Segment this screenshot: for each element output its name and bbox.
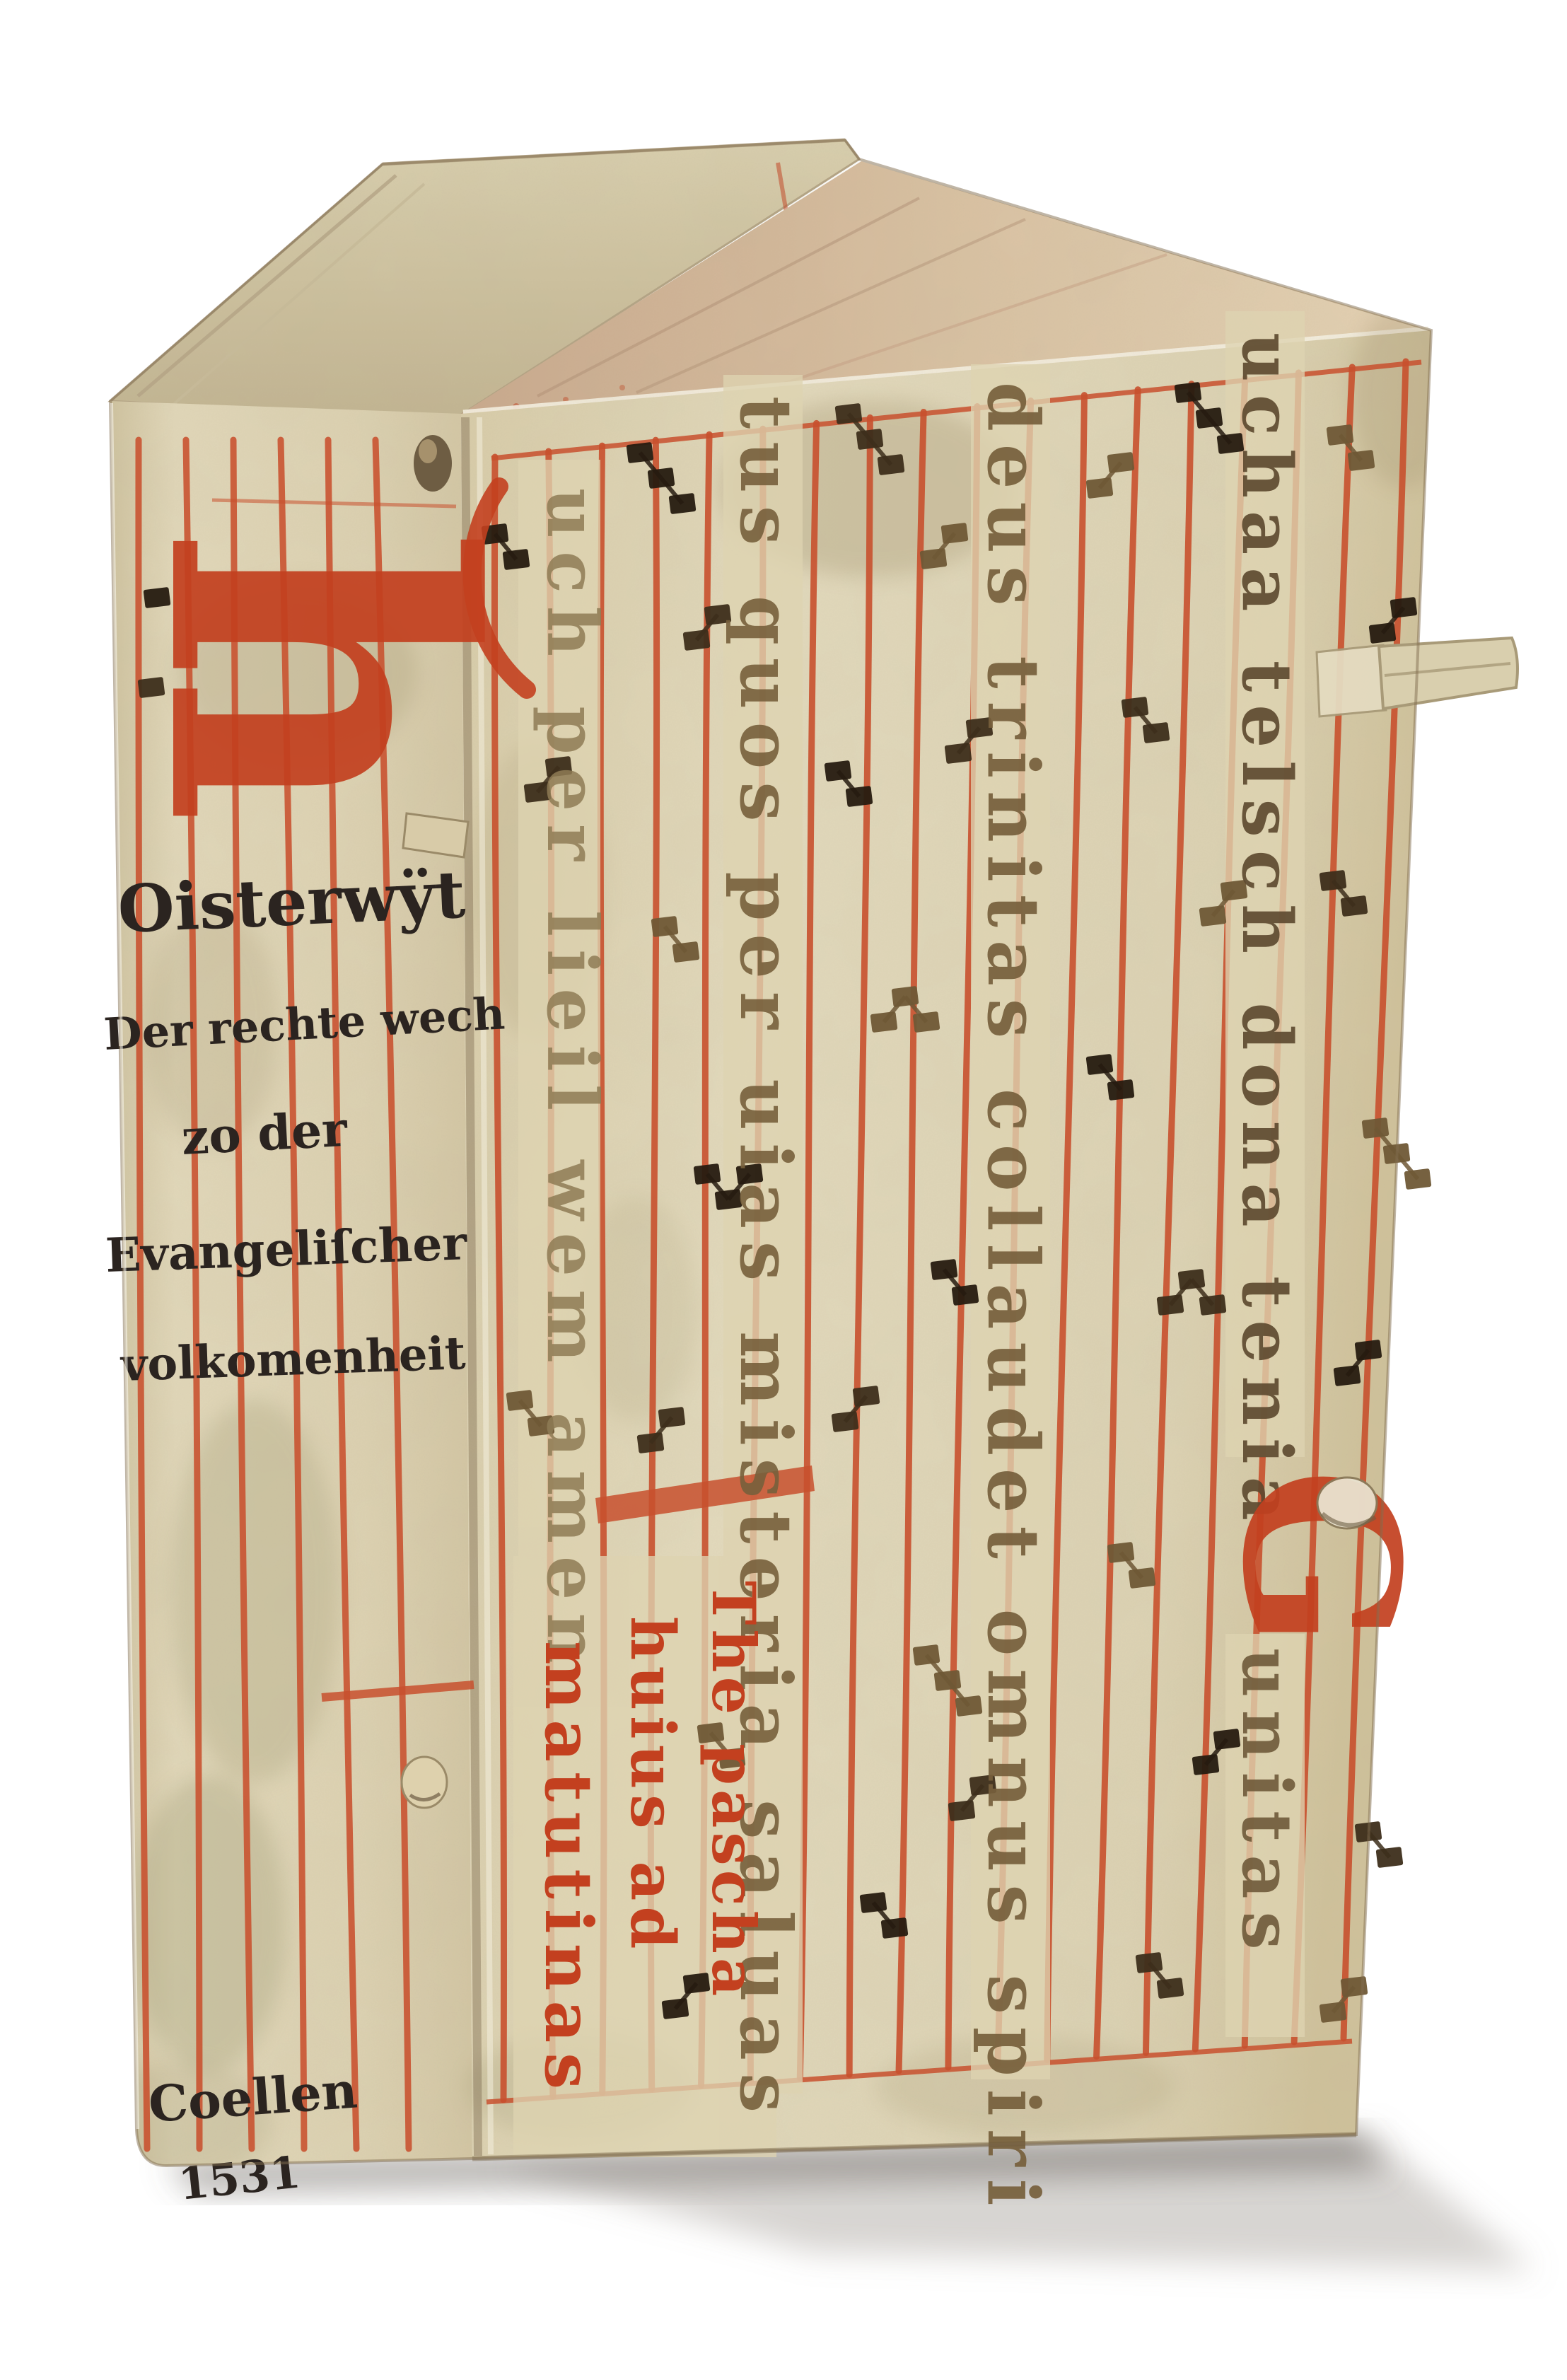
neume-note <box>658 1407 686 1428</box>
neume-note <box>1348 450 1375 471</box>
neume-note <box>941 523 969 544</box>
neume-note <box>1376 1847 1404 1868</box>
neume-note <box>1320 2002 1347 2023</box>
neume-note <box>1178 1269 1206 1290</box>
neume-note <box>931 1259 958 1280</box>
neume-note <box>1107 1079 1135 1101</box>
neume-note <box>1157 1978 1184 1999</box>
neume-note <box>846 786 873 807</box>
neume-note <box>945 743 972 764</box>
rubric-line-2: huius ad <box>617 1616 688 1954</box>
neume-note <box>1086 477 1114 499</box>
neume-note <box>1390 597 1418 618</box>
book-photo: h uch per lieil wem amen tus quos per ui… <box>0 0 1567 2380</box>
neume-note <box>1369 622 1397 644</box>
neume-note <box>1192 1754 1220 1775</box>
vellum-hole <box>1317 1478 1377 1528</box>
neume-note <box>1129 1567 1156 1589</box>
neume-note <box>948 1800 976 1821</box>
neume-note <box>1327 424 1354 446</box>
neume-note <box>853 1386 880 1407</box>
neume-note <box>627 442 654 463</box>
neume-note <box>1404 1168 1432 1190</box>
chant-column-d: uchaa telsch dona tenia <box>1227 332 1307 1533</box>
chant-column-d2: unitas <box>1227 1648 1307 1963</box>
neume-note <box>870 1011 898 1033</box>
neume-note <box>892 986 919 1007</box>
neume-note <box>1362 1118 1390 1139</box>
neume-note <box>825 760 852 782</box>
neume-note <box>860 1892 887 1913</box>
spine-red-initial: h <box>76 527 559 825</box>
neume-note <box>934 1670 962 1691</box>
spine-title-line-3: zo der <box>180 1101 349 1166</box>
neume-note <box>637 1432 665 1453</box>
spine-title-line-1: Oisterwÿt <box>116 857 467 948</box>
neume-note <box>913 1011 940 1033</box>
neume-note <box>506 1390 534 1411</box>
neume-note <box>832 1411 859 1432</box>
neume-note <box>651 916 679 937</box>
neume-note <box>835 403 863 424</box>
neume-note <box>672 941 700 963</box>
neume-note <box>648 468 675 489</box>
neume-note <box>1355 1340 1382 1361</box>
rubric-line-3: matutinas <box>530 1641 607 2099</box>
photo-canvas: { "photo": { "subject": "Antique book st… <box>0 0 1567 2380</box>
neume-note <box>1320 870 1347 891</box>
neume-note <box>1107 1542 1135 1563</box>
neume-note <box>1334 1365 1361 1386</box>
neume-note <box>683 629 711 651</box>
neume-note <box>1199 1294 1227 1316</box>
neume-note <box>913 1644 940 1666</box>
rubric-line-1: The pascha <box>699 1581 769 2000</box>
neume-note <box>856 429 884 450</box>
chant-column-a: uch per lieil wem amen <box>531 488 612 1676</box>
neume-note <box>881 1917 909 1939</box>
neume-note <box>1086 1054 1114 1075</box>
neume-note <box>662 1998 689 2019</box>
neume-note <box>694 1163 721 1185</box>
chant-column-c: deus trinitas collaudet omnus spiri <box>972 382 1055 2219</box>
neume-note <box>878 454 905 475</box>
neume-note <box>1175 382 1202 403</box>
neume-note <box>1122 697 1149 718</box>
neume-note <box>920 548 948 569</box>
neume-note <box>1136 1952 1163 1973</box>
neume-note <box>1143 722 1170 743</box>
neume-note <box>1341 895 1368 917</box>
neume-note <box>1199 905 1227 927</box>
neume-note <box>1107 452 1135 473</box>
neume-note <box>1157 1294 1184 1316</box>
neume-note <box>669 493 697 514</box>
neume-note <box>1196 407 1223 429</box>
